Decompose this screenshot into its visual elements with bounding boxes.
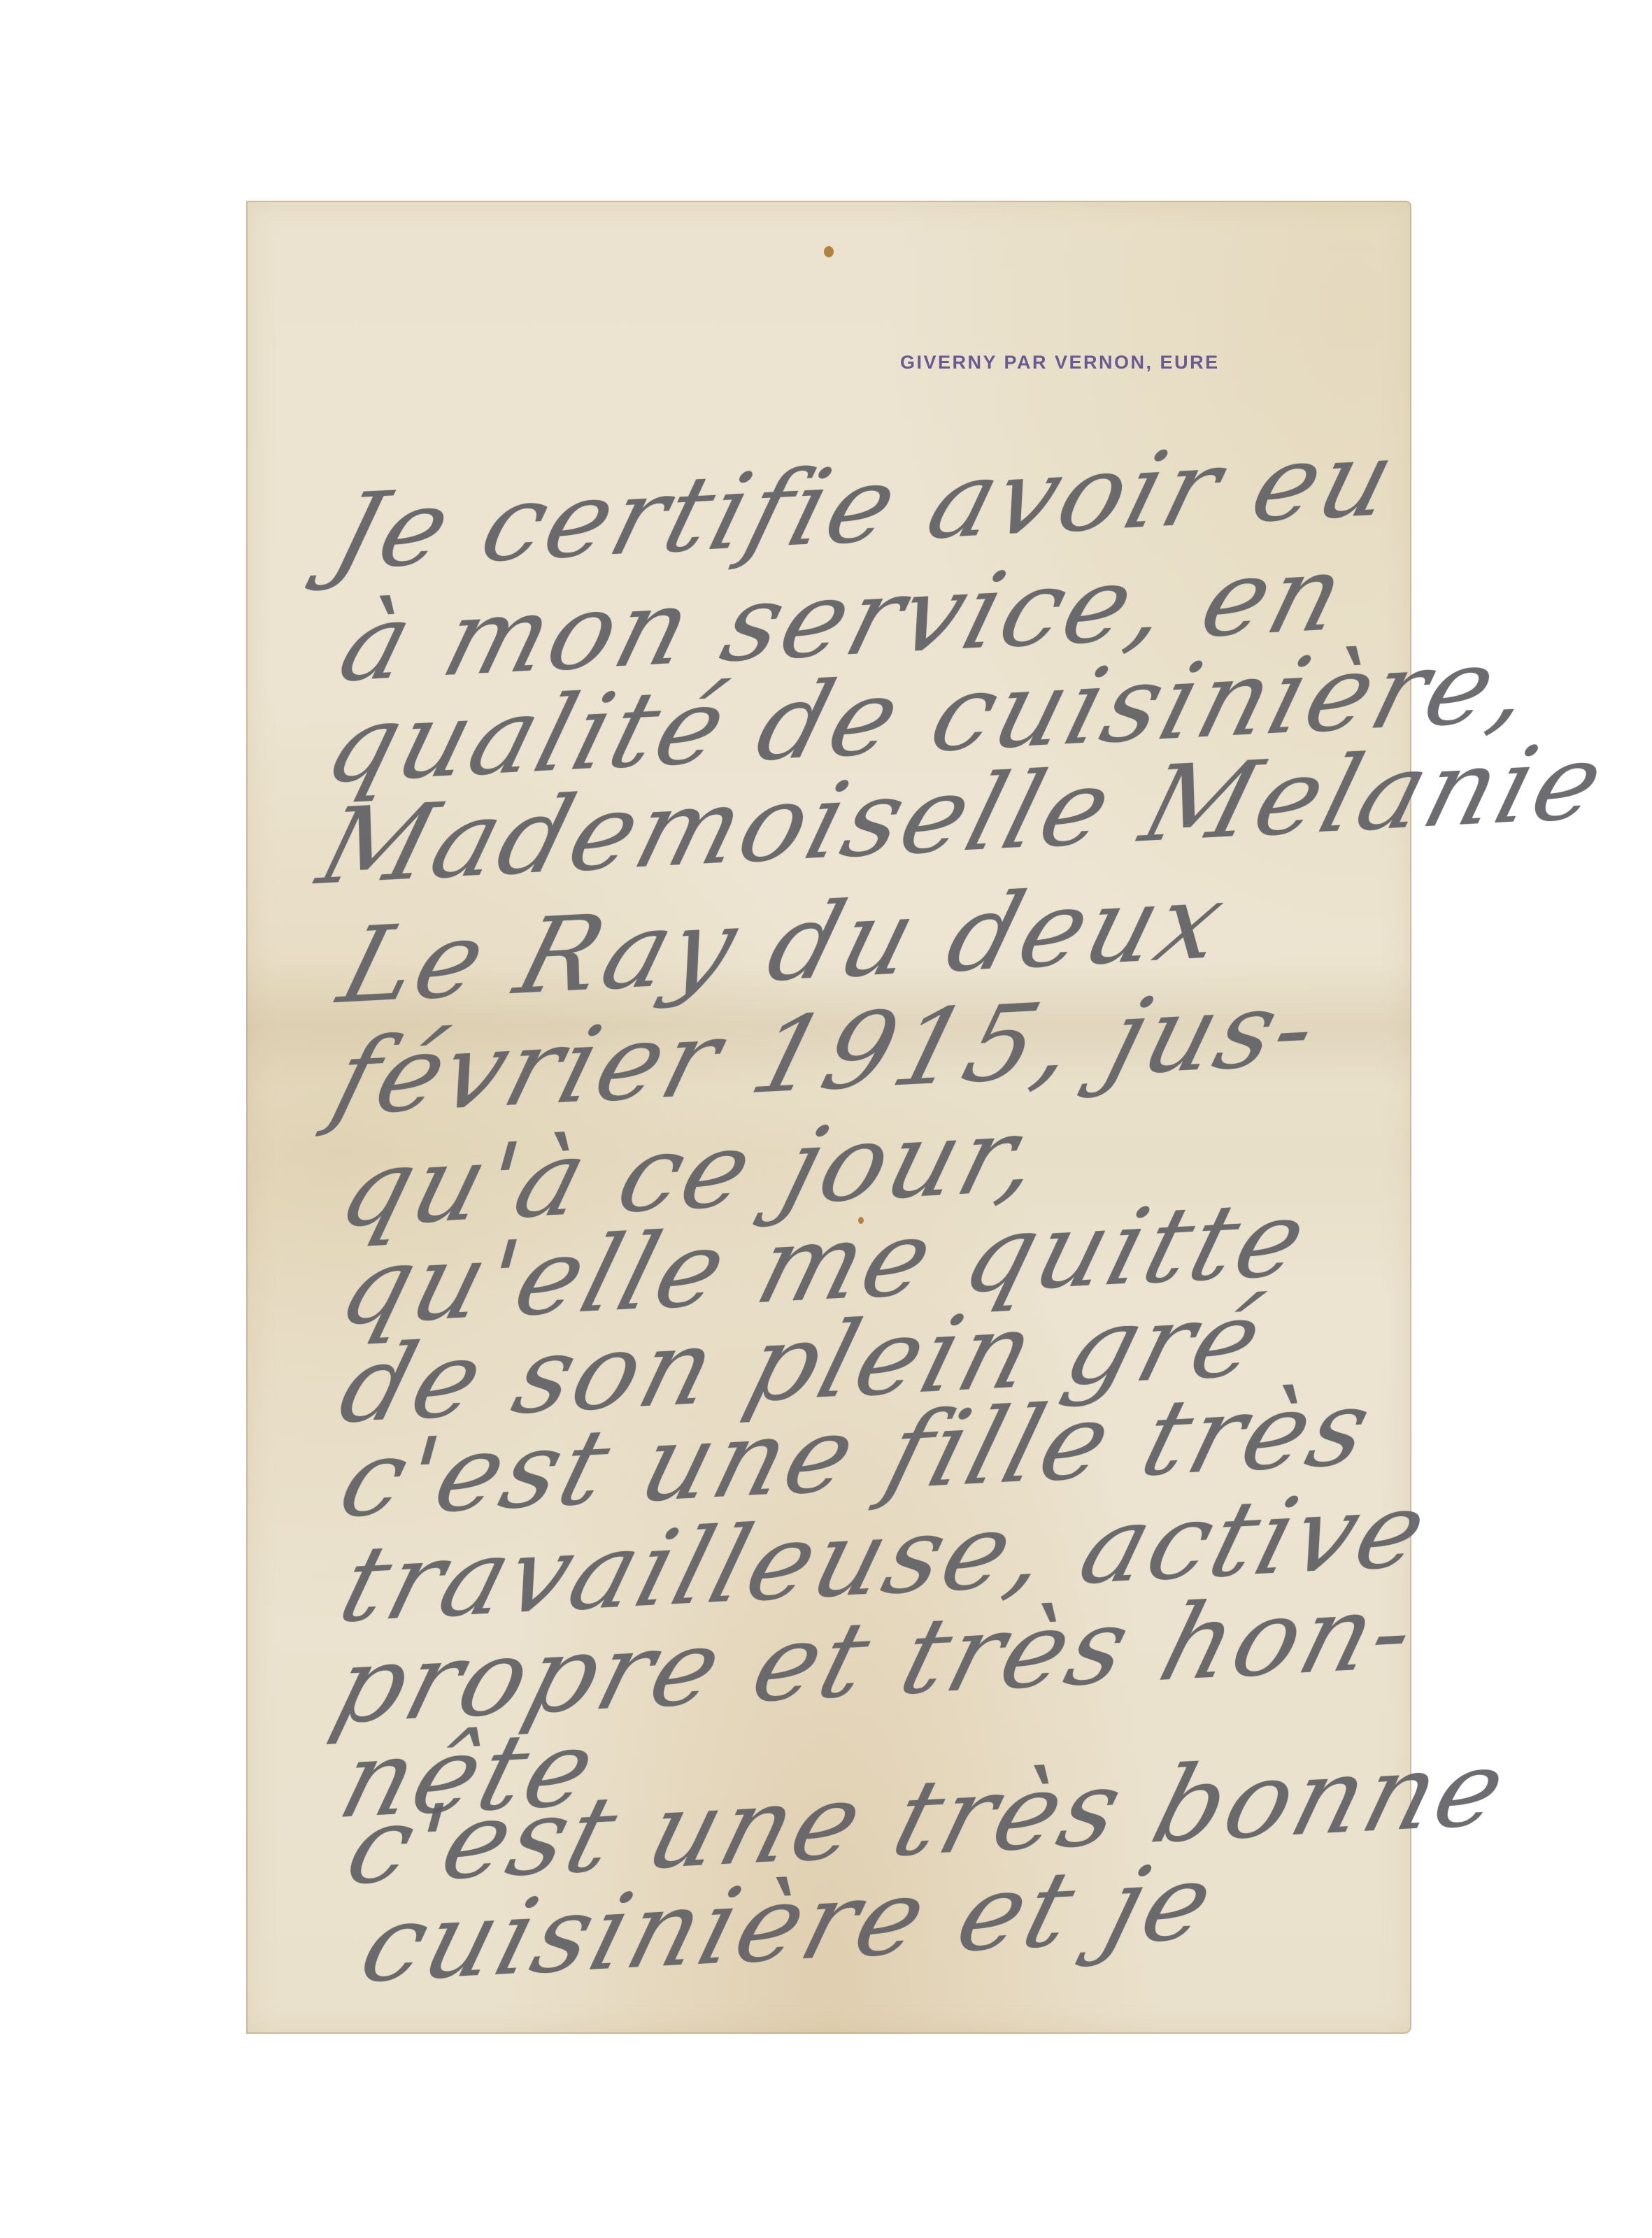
letter-sheet: GIVERNY PAR VERNON, EURE Je certifie avo…	[246, 201, 1411, 2034]
letterhead: GIVERNY PAR VERNON, EURE	[900, 352, 1220, 373]
paper-stain	[824, 246, 834, 257]
